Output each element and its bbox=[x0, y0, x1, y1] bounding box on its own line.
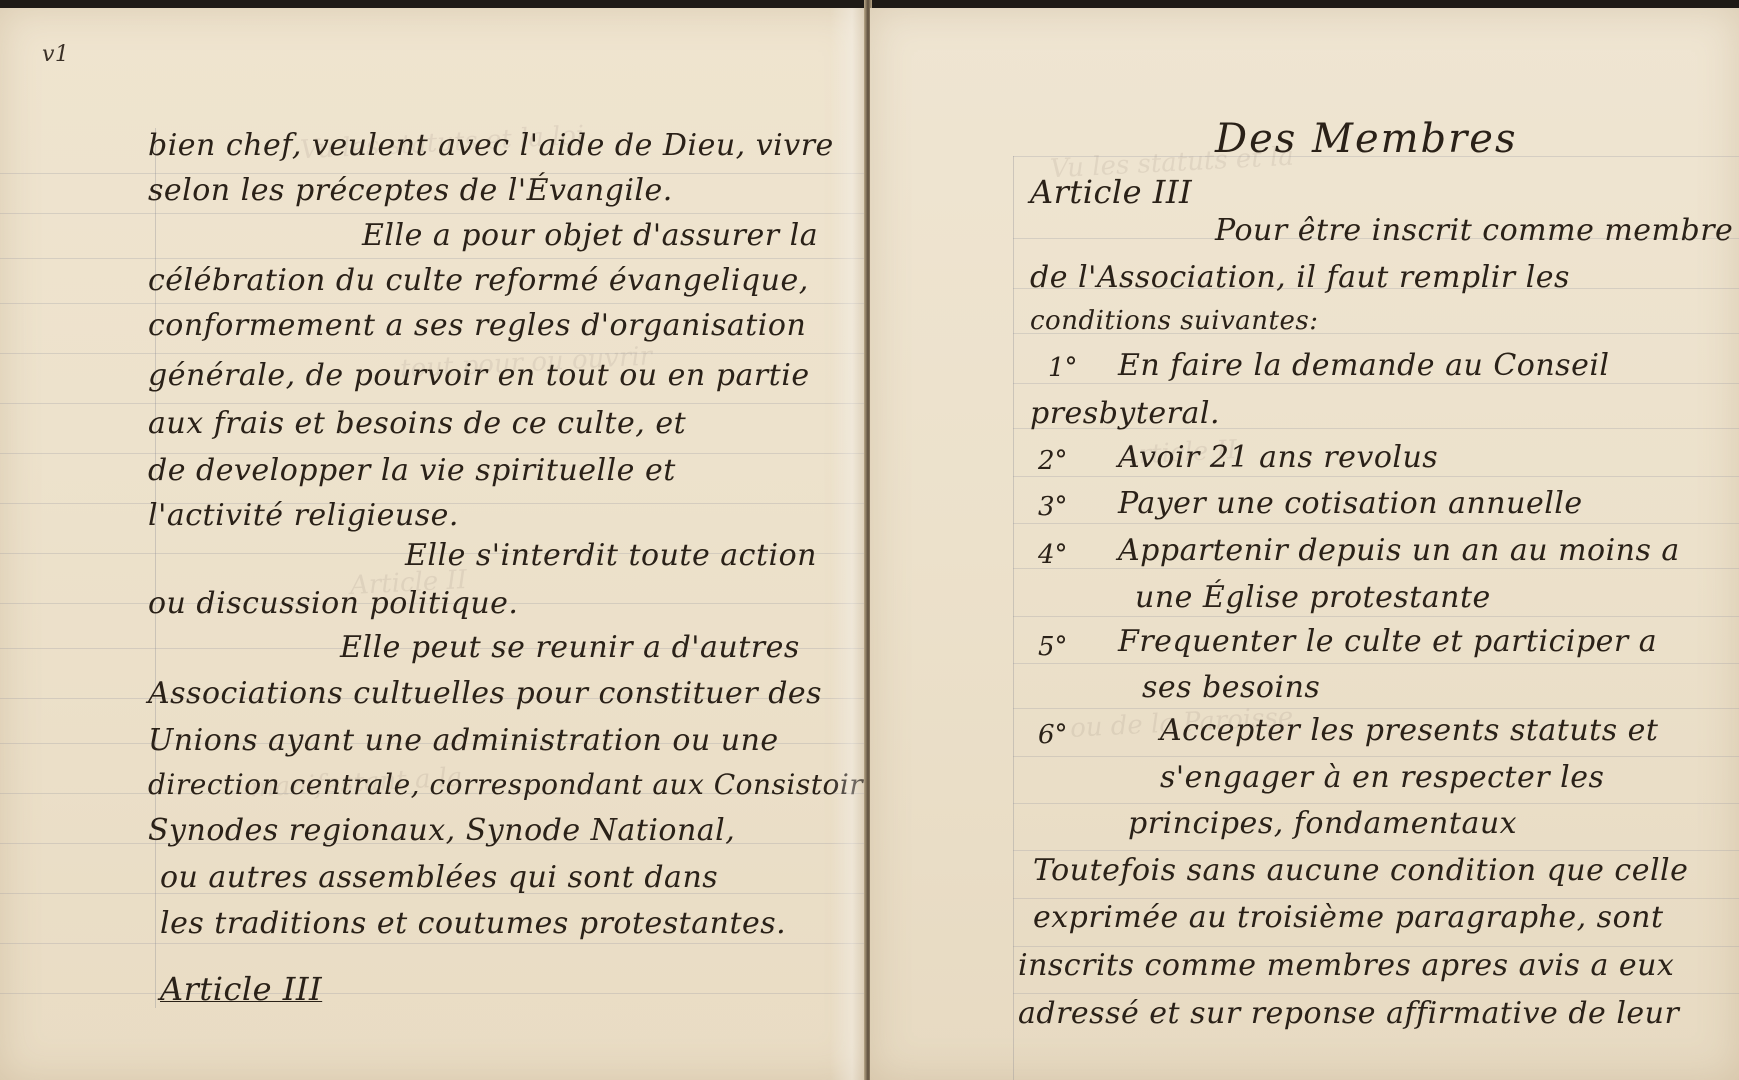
text-line: direction centrale, correspondant aux Co… bbox=[148, 768, 895, 801]
left-page: Vu les statuts et la loi tout pour ou ou… bbox=[0, 8, 866, 1080]
condition-number: 2° bbox=[1038, 446, 1068, 476]
text-line: exprimée au troisième paragraphe, sont bbox=[1033, 900, 1664, 935]
condition-number: 1° bbox=[1048, 353, 1078, 383]
condition-text: ses besoins bbox=[1142, 670, 1320, 705]
text-line: adressé et sur reponse affirmative de le… bbox=[1018, 996, 1679, 1031]
article-heading: Article III bbox=[1030, 173, 1192, 211]
text-line: de l'Association, il faut remplir les bbox=[1030, 260, 1570, 295]
text-line: ou autres assemblées qui sont dans bbox=[160, 860, 718, 895]
section-title: Des Membres bbox=[1215, 116, 1517, 162]
text-line: aux frais et besoins de ce culte, et bbox=[148, 406, 686, 441]
text-line: Elle peut se reunir a d'autres bbox=[340, 630, 800, 665]
condition-number: 4° bbox=[1038, 540, 1068, 570]
condition-text: Accepter les presents statuts et bbox=[1160, 713, 1658, 748]
condition-text: principes, fondamentaux bbox=[1128, 806, 1517, 841]
condition-text: Avoir 21 ans revolus bbox=[1118, 440, 1438, 475]
text-line: Associations cultuelles pour constituer … bbox=[148, 676, 822, 711]
text-line: Toutefois sans aucune condition que cell… bbox=[1033, 853, 1688, 888]
text-line: conditions suivantes: bbox=[1030, 306, 1318, 336]
text-line: l'activité religieuse. bbox=[148, 498, 459, 533]
text-line: Elle s'interdit toute action bbox=[405, 538, 817, 573]
manuscript-spread: Vu les statuts et la loi tout pour ou ou… bbox=[0, 0, 1739, 1080]
condition-text: Appartenir depuis un an au moins a bbox=[1118, 533, 1680, 568]
condition-number: 5° bbox=[1038, 632, 1068, 662]
text-line: de developper la vie spirituelle et bbox=[148, 453, 676, 488]
text-line: ou discussion politique. bbox=[148, 586, 518, 621]
condition-number: 6° bbox=[1038, 720, 1068, 750]
condition-text: presbyteral. bbox=[1030, 396, 1220, 431]
condition-text: une Église protestante bbox=[1135, 580, 1491, 615]
text-line: célébration du culte reformé évangelique… bbox=[148, 263, 809, 298]
article-heading: Article III bbox=[160, 970, 322, 1008]
text-line: les traditions et coutumes protestantes. bbox=[160, 906, 786, 941]
text-line: inscrits comme membres apres avis a eux bbox=[1018, 948, 1674, 983]
text-line: Unions ayant une administration ou une bbox=[148, 723, 779, 758]
folio-number: v1 bbox=[42, 42, 69, 67]
condition-text: s'engager à en respecter les bbox=[1160, 760, 1604, 795]
text-line: Synodes regionaux, Synode National, bbox=[148, 813, 735, 848]
condition-text: Payer une cotisation annuelle bbox=[1118, 486, 1583, 521]
text-line: Pour être inscrit comme membre bbox=[1215, 213, 1733, 248]
condition-text: En faire la demande au Conseil bbox=[1118, 348, 1610, 383]
text-line: générale, de pourvoir en tout ou en part… bbox=[148, 358, 810, 393]
condition-text: Frequenter le culte et participer a bbox=[1118, 624, 1657, 659]
right-page: Vu les statuts et la Article II ou de la… bbox=[870, 8, 1739, 1080]
text-line: selon les préceptes de l'Évangile. bbox=[148, 173, 673, 208]
text-line: conformement a ses regles d'organisation bbox=[148, 308, 806, 343]
text-line: Elle a pour objet d'assurer la bbox=[362, 218, 818, 253]
condition-number: 3° bbox=[1038, 492, 1068, 522]
text-line: bien chef, veulent avec l'aide de Dieu, … bbox=[148, 128, 834, 163]
